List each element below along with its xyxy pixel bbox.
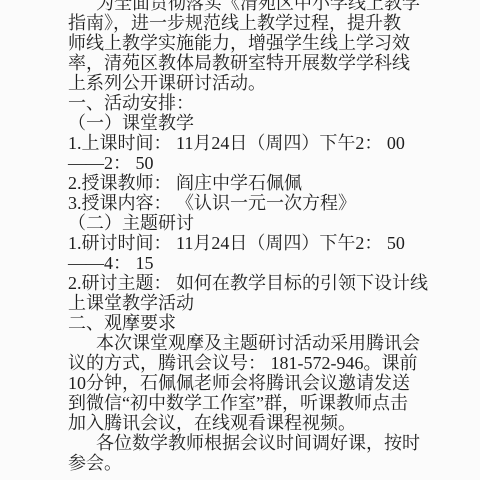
document-line: 加入腾讯会议，在线观看课程视频。	[68, 413, 428, 433]
document-line: 二、观摩要求	[68, 313, 428, 333]
document-line: （二）主题研讨	[68, 213, 428, 233]
document-line: 1.上课时间： 11月24日（周四）下午2： 00	[68, 133, 428, 153]
document-line: 上课堂教学活动	[68, 293, 428, 313]
document-line: 指南》，进一步规范线上教学过程，提升教	[68, 13, 428, 33]
document-line: ——2： 50	[68, 153, 428, 173]
document-line: 议的方式，腾讯会议号： 181-572-946。课前	[68, 353, 428, 373]
document-line: 上系列公开课研讨活动。	[68, 73, 428, 93]
document-page: 为全面贯彻落实《清苑区中小学线上教学指南》，进一步规范线上教学过程，提升教师线上…	[0, 0, 480, 480]
document-line: 率，清苑区教体局教研室特开展数学学科线	[68, 53, 428, 73]
document-line: 师线上教学实施能力，增强学生线上学习效	[68, 33, 428, 53]
document-body: 为全面贯彻落实《清苑区中小学线上教学指南》，进一步规范线上教学过程，提升教师线上…	[68, 0, 428, 473]
document-line: 各位数学教师根据会议时间调好课，按时	[68, 433, 428, 453]
document-line: 2.研讨主题： 如何在教学目标的引领下设计线	[68, 273, 428, 293]
document-line: 2.授课教师： 阎庄中学石佩佩	[68, 173, 428, 193]
document-line: 10分钟，石佩佩老师会将腾讯会议邀请发送	[68, 373, 428, 393]
document-line: 参会。	[68, 453, 428, 473]
document-line: 为全面贯彻落实《清苑区中小学线上教学	[68, 0, 428, 13]
document-line: （一）课堂教学	[68, 113, 428, 133]
document-line: 1.研讨时间： 11月24日（周四）下午2： 50	[68, 233, 428, 253]
document-line: 到微信“初中数学工作室”群，听课教师点击	[68, 393, 428, 413]
document-line: ——4： 15	[68, 253, 428, 273]
document-line: 本次课堂观摩及主题研讨活动采用腾讯会	[68, 333, 428, 353]
document-line: 3.授课内容： 《认识一元一次方程》	[68, 193, 428, 213]
document-line: 一、活动安排：	[68, 93, 428, 113]
